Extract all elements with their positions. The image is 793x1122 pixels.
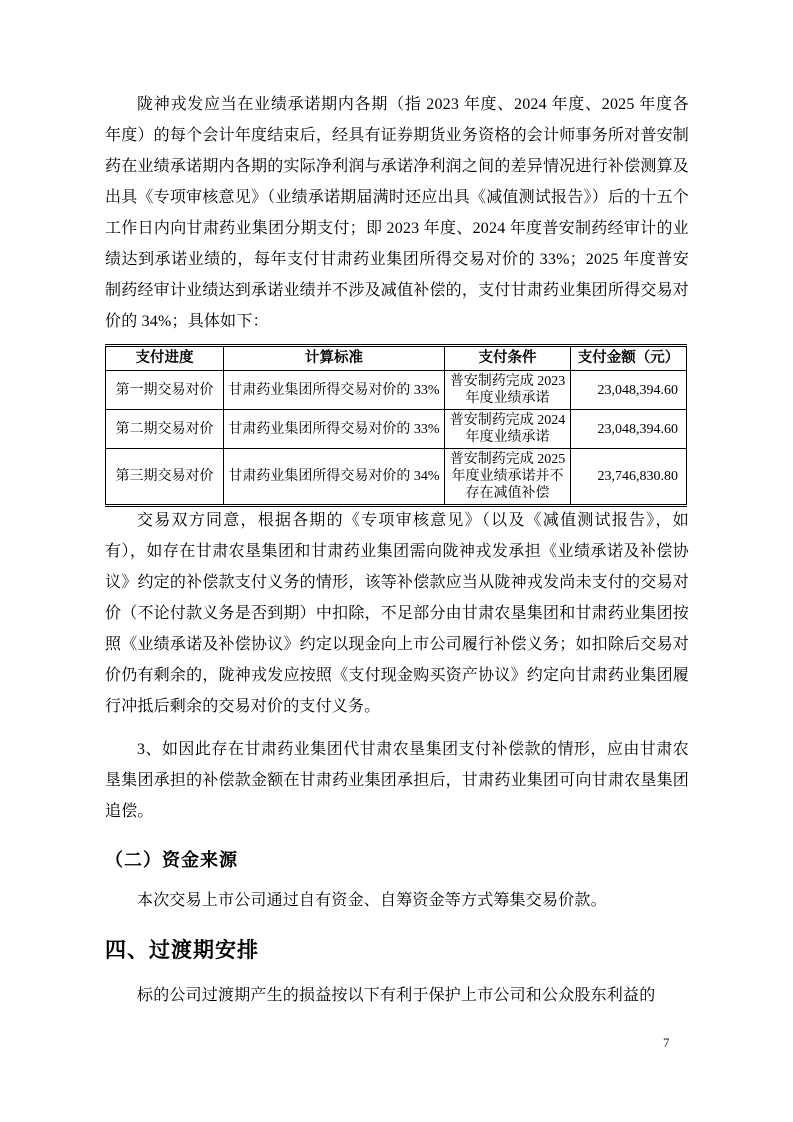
- section-heading-transition-period: 四、过渡期安排: [105, 938, 259, 964]
- cell-stage: 第三期交易对价: [106, 449, 224, 506]
- header-payment-stage: 支付进度: [106, 346, 224, 371]
- paragraph-compensation-offset: 交易双方同意，根据各期的《专项审核意见》（以及《减值测试报告》，如有），如存在甘…: [105, 505, 689, 722]
- paragraph-transition-period: 标的公司过渡期产生的损益按以下有利于保护上市公司和公众股东利益的: [105, 980, 689, 1011]
- table-row: 第三期交易对价 甘肃药业集团所得交易对价的 34% 普安制药完成 2025 年度…: [106, 449, 687, 506]
- cell-amount: 23,048,394.60: [571, 371, 687, 410]
- payment-schedule-table: 支付进度 计算标准 支付条件 支付金额（元） 第一期交易对价 甘肃药业集团所得交…: [105, 344, 687, 507]
- cell-amount: 23,746,830.80: [571, 449, 687, 506]
- cell-stage: 第一期交易对价: [106, 371, 224, 410]
- document-page: 陇神戎发应当在业绩承诺期内各期（指 2023 年度、2024 年度、2025 年…: [0, 0, 793, 1122]
- cell-amount: 23,048,394.60: [571, 410, 687, 449]
- paragraph-recourse: 3、如因此存在甘肃药业集团代甘肃农垦集团支付补偿款的情形，应由甘肃农垦集团承担的…: [105, 734, 689, 827]
- table-header-row: 支付进度 计算标准 支付条件 支付金额（元）: [106, 346, 687, 371]
- paragraph-payment-schedule: 陇神戎发应当在业绩承诺期内各期（指 2023 年度、2024 年度、2025 年…: [105, 89, 689, 337]
- header-calculation-standard: 计算标准: [224, 346, 445, 371]
- section-heading-funding-source: （二）资金来源: [105, 849, 238, 871]
- cell-stage: 第二期交易对价: [106, 410, 224, 449]
- cell-standard: 甘肃药业集团所得交易对价的 33%: [224, 371, 445, 410]
- table-row: 第二期交易对价 甘肃药业集团所得交易对价的 33% 普安制药完成 2024 年度…: [106, 410, 687, 449]
- table-row: 第一期交易对价 甘肃药业集团所得交易对价的 33% 普安制药完成 2023 年度…: [106, 371, 687, 410]
- cell-condition: 普安制药完成 2023 年度业绩承诺: [445, 371, 571, 410]
- page-number: 7: [663, 1035, 670, 1051]
- cell-standard: 甘肃药业集团所得交易对价的 33%: [224, 410, 445, 449]
- cell-standard: 甘肃药业集团所得交易对价的 34%: [224, 449, 445, 506]
- cell-condition: 普安制药完成 2024 年度业绩承诺: [445, 410, 571, 449]
- paragraph-funding-source: 本次交易上市公司通过自有资金、自筹资金等方式筹集交易价款。: [105, 885, 689, 916]
- header-payment-condition: 支付条件: [445, 346, 571, 371]
- cell-condition: 普安制药完成 2025 年度业绩承诺并不存在减值补偿: [445, 449, 571, 506]
- header-payment-amount: 支付金额（元）: [571, 346, 687, 371]
